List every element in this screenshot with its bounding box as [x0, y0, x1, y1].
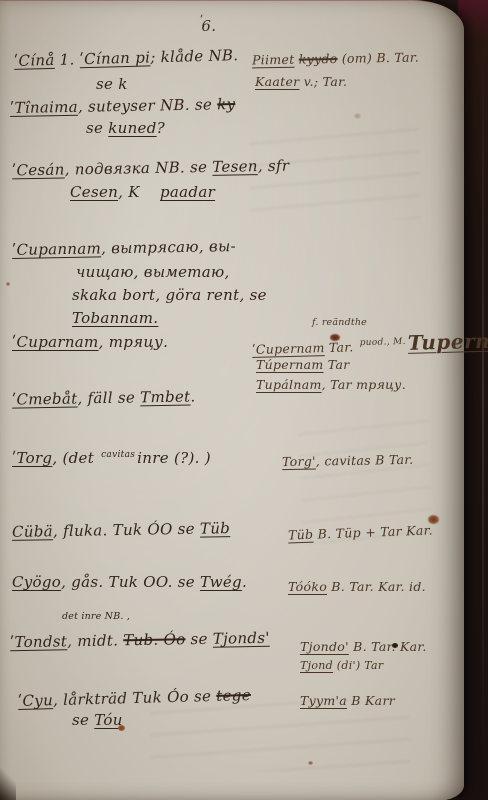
entry-cmebat-line1: ʹCmebåt, fäll se Tmbet. [12, 387, 196, 408]
entry-text: inre (?). ) [137, 449, 211, 467]
page-number-value: 6. [201, 17, 216, 35]
annotation: puod., M. [360, 337, 406, 348]
page-number: ʹ6. [200, 17, 216, 35]
entry-text: , gås. Tuk OO. se [61, 573, 200, 591]
stain-spot [428, 515, 439, 524]
entry-cina-right2: Kaater v.; Tar. [255, 74, 347, 89]
entry-text: , fluka. Tuk ÓO se [53, 520, 200, 541]
entry-text: se [86, 119, 108, 137]
entry-cina-line1: ʹCínå 1. ʹCínan pi; klåde NB. [14, 46, 239, 70]
entry-text: . [242, 573, 247, 591]
entry-cyogo-line1: Cyögo, gås. Tuk OO. se Twég. [12, 573, 247, 591]
entry-cupannam-line1: ʹCupannam, вытрясаю, вы- [12, 237, 236, 259]
entry-text: чищаю, выметаю, [76, 263, 230, 281]
entry-tondst-right2: Tjond (di') Tar [300, 659, 383, 672]
entry-tondst-line1: ʹTondst, midt. Tub. Óo se Tjonds' [10, 629, 270, 652]
struck-text: ky [217, 95, 235, 113]
entry-text: , sfr [258, 157, 290, 176]
entry-cina-line2: se k [96, 75, 128, 93]
headword: ʹCuparnam [12, 333, 99, 351]
entry-cina-right1: Piimet kyydo (om) B. Tar. [252, 50, 419, 68]
stain-spot [118, 725, 125, 731]
headword: ʹCyu [18, 691, 53, 710]
headword: ʹCínan pi [79, 48, 150, 68]
manuscript-photo: ʹ6. ʹCínå 1. ʹCínan pi; klåde NB. se k P… [0, 0, 488, 800]
entry-cupannam-line2: чищаю, выметаю, [76, 263, 230, 281]
entry-text: , K [118, 183, 140, 201]
entry-text: , подвязка NB. se [64, 158, 212, 179]
struck-text: Tub. Óo [123, 630, 186, 649]
entry-text: , вытрясаю, вы- [101, 237, 236, 257]
annotation: det inre NB. , [62, 611, 130, 622]
entry-text: ; klåde NB. [150, 46, 239, 66]
entry-text: se k [96, 75, 128, 93]
headword: Piimet [252, 52, 295, 68]
entry-cesan-line2: Cesen, K paadar [70, 183, 215, 201]
headword: ʹCmebåt [12, 389, 78, 408]
entry-cupannam-line4: Tobannam. [72, 309, 158, 327]
entry-text: B. Tüp + Tar Kar. [313, 522, 433, 541]
headword: ʹCupernam [252, 340, 325, 357]
entry-text: , midt. [67, 631, 123, 650]
entry-cuparnam-right1: ʹCupernam Tar. puod., M.Tupernam Kar. [252, 327, 488, 359]
entry-text: , Tar тряцу. [322, 377, 406, 392]
headword: Kaater [255, 74, 299, 89]
ink-speck [392, 643, 398, 648]
entry-cuparnam-right2: Túpernam Tar [256, 357, 350, 372]
entry-text: Tar [324, 357, 350, 372]
entry-text: v.; Tar. [299, 74, 347, 89]
entry-cuparnam-line1: ʹCuparnam, тряцу. [12, 333, 168, 351]
page-number-tick: ʹ [200, 14, 203, 27]
entry-cyu-right: Tyym'a B Karr [300, 693, 395, 708]
entry-tinaima-line2: se kuned? [86, 119, 165, 137]
entry-text: 1. [54, 50, 80, 69]
headword: kuned [108, 119, 156, 137]
bleed-through-marks [248, 128, 421, 224]
entry-text: , (det [52, 449, 99, 467]
entry-text: , тряцу. [99, 333, 169, 351]
headword: Tobannam. [72, 309, 158, 327]
entry-text: , fäll se [77, 388, 140, 407]
entry-tinaima-line1: ʹTînaima, suteyser NB. se ky [10, 95, 236, 117]
entry-torg-right: Torg', cavitas B Tar. [282, 452, 414, 469]
entry-cuparnam-right-sup: f. reändthe [312, 317, 367, 328]
headword: ʹCínå [14, 51, 55, 70]
ink-blot [330, 334, 340, 341]
entry-text: B. Tar. Kar. [349, 639, 427, 654]
entry-text: Tar. [324, 339, 353, 355]
entry-tondst-right1: Tjondo' B. Tar. Kar. [300, 639, 427, 654]
entry-text: B. Tar. Kar. id. [327, 579, 426, 594]
stain-spot [354, 113, 361, 119]
headword: ʹTorg [12, 449, 52, 467]
headword: Tupernam [407, 328, 488, 355]
page-corner-shadow [0, 767, 16, 800]
headword: Cübä [12, 522, 53, 541]
headword: Tjond [300, 659, 333, 672]
entry-text: , cavitas B Tar. [316, 452, 414, 469]
entry-cupannam-line3: skaka bort, göra rent, se [72, 286, 267, 304]
headword: Tjonds' [213, 629, 270, 648]
headword: Twég [200, 573, 242, 591]
struck-text: tege [216, 686, 251, 705]
entry-tondst-sup: det inre NB. , [62, 611, 130, 622]
headword: Tjondo' [300, 639, 349, 654]
page-edge-highlight [482, 40, 484, 760]
entry-text: . [190, 387, 195, 405]
headword: Tupálnam [256, 377, 322, 392]
headword: paadar [160, 183, 215, 201]
entry-torg-line1: ʹTorg, (det cavitasinre (?). ) [12, 449, 211, 467]
headword: ʹCesán [12, 161, 65, 180]
entry-text: B Karr [347, 693, 395, 708]
headword: Tüb [200, 519, 230, 538]
entry-text: se [185, 630, 213, 648]
bleed-through-marks [149, 699, 410, 774]
entry-text: (di') Tar [333, 659, 383, 672]
headword: ʹTînaima [10, 98, 78, 117]
headword: Tmbet [140, 387, 191, 406]
manuscript-page: ʹ6. ʹCínå 1. ʹCínan pi; klåde NB. se k P… [0, 0, 464, 800]
annotation: cavitas [101, 450, 135, 460]
headword: Cesen [70, 183, 118, 201]
headword: ʹTondst [10, 632, 67, 651]
headword: Tyym'a [300, 693, 347, 708]
headword: Tóóko [288, 579, 327, 594]
entry-text: , suteyser NB. se [78, 95, 218, 115]
headword: Torg' [282, 454, 316, 470]
annotation: f. reändthe [312, 317, 367, 328]
headword: Túpernam [256, 357, 324, 372]
entry-text: skaka bort, göra rent, se [72, 286, 267, 304]
stain-spot [308, 761, 313, 765]
entry-cyogo-right: Tóóko B. Tar. Kar. id. [288, 579, 426, 594]
entry-cuparnam-right3: Tupálnam, Tar тряцу. [256, 377, 406, 392]
entry-cesan-line1: ʹCesán, подвязка NB. se Tesen, sfr [12, 157, 290, 180]
headword: Tesen [212, 157, 258, 176]
entry-text: (om) B. Tar. [337, 50, 419, 66]
headword: Cyögo [12, 573, 61, 591]
struck-text: kyydo [299, 51, 338, 67]
entry-text: ? [157, 119, 165, 137]
entry-cuba-line1: Cübä, fluka. Tuk ÓO se Tüb [12, 519, 230, 541]
headword: Tüb [288, 527, 314, 543]
entry-text: se [72, 711, 94, 729]
entry-cyu-line2: se Tóu [72, 711, 123, 729]
stain-spot [6, 282, 10, 286]
headword: ʹCupannam [12, 239, 101, 259]
